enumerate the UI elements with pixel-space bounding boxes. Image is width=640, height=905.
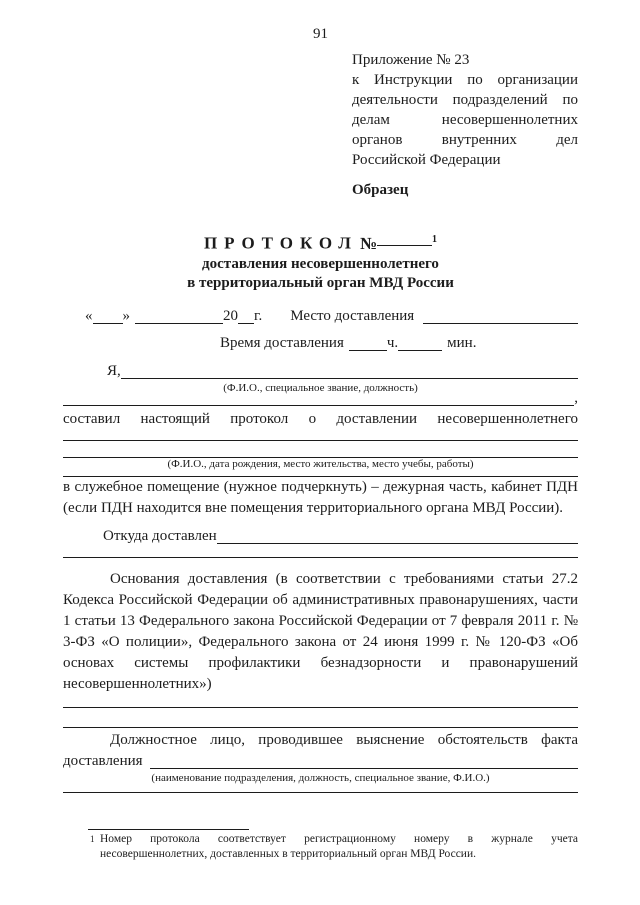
open-quote: «: [85, 306, 93, 327]
fill-line: [63, 430, 578, 441]
fill-line: [63, 708, 578, 728]
footnote: 1 Номер протокола соответствует регистра…: [63, 829, 578, 862]
author-row: Я,: [63, 361, 578, 382]
hours-suffix: ч.: [387, 333, 398, 354]
appendix-block: Приложение № 23 к Инструкции по организа…: [352, 50, 578, 201]
footnote-marker: 1: [90, 832, 100, 862]
author-blank: [121, 368, 578, 379]
number-sign: №: [360, 234, 377, 253]
official-line: Должностное лицо, проводившее выяснение …: [63, 730, 578, 751]
official-row: доставления: [63, 751, 578, 772]
grounds-paragraph: Основания доставления (в соответствии с …: [63, 569, 578, 695]
protocol-number-blank: [377, 230, 432, 246]
year-prefix: 20: [223, 306, 238, 327]
page-number: 91: [63, 24, 578, 45]
continuation-line: ,: [63, 395, 578, 409]
protocol-title: ПРОТОКОЛ№1 доставления несовершеннолетне…: [63, 228, 578, 293]
footnote-text: Номер протокола соответствует регистраци…: [100, 832, 578, 862]
official-prefix: доставления: [63, 751, 143, 772]
official-caption: (наименование подразделения, должность, …: [63, 772, 578, 785]
premises-paragraph: в служебное помещение (нужное подчеркнут…: [63, 477, 578, 519]
composed-line: составил настоящий протокол о доставлени…: [63, 409, 578, 430]
minor-caption: (Ф.И.О., дата рождения, место жительства…: [63, 458, 578, 471]
fill-line: [63, 441, 578, 458]
document-page: 91 Приложение № 23 к Инструкции по орган…: [0, 0, 640, 905]
footnote-rule: [88, 829, 249, 830]
year-blank: [238, 308, 254, 324]
place-blank: [423, 313, 578, 324]
author-prefix: Я,: [107, 361, 121, 382]
appendix-line: делам несовершеннолетних: [352, 110, 578, 130]
month-blank: [135, 308, 223, 324]
minutes-blank: [398, 335, 442, 351]
time-row: Время доставленияч.мин.: [63, 333, 578, 354]
subtitle-line-1: доставления несовершеннолетнего: [63, 255, 578, 274]
day-blank: [93, 308, 123, 324]
from-label: Откуда доставлен: [103, 526, 217, 547]
appendix-line: Российской Федерации: [352, 150, 578, 170]
official-blank: [150, 758, 578, 769]
close-quote: »: [123, 306, 131, 327]
from-blank: [217, 533, 578, 544]
sample-label: Образец: [352, 180, 578, 201]
appendix-line: деятельности подразделений по: [352, 90, 578, 110]
time-label: Время доставления: [220, 333, 344, 354]
footnote-ref: 1: [432, 234, 437, 245]
year-suffix: г.: [254, 306, 262, 327]
continuation-blank: [63, 395, 574, 406]
place-label: Место доставления: [290, 306, 414, 327]
continuation-comma: ,: [574, 388, 578, 409]
date-place-row: «»20г. Место доставления: [63, 306, 578, 327]
from-row: Откуда доставлен: [63, 526, 578, 547]
protocol-title-line: ПРОТОКОЛ№1: [63, 228, 578, 255]
appendix-line: к Инструкции по организации: [352, 70, 578, 90]
footnote-body: 1 Номер протокола соответствует регистра…: [90, 832, 578, 862]
minutes-suffix: мин.: [447, 333, 476, 354]
appendix-line: органов внутренних дел: [352, 130, 578, 150]
hours-blank: [349, 335, 387, 351]
author-caption: (Ф.И.О., специальное звание, должность): [63, 382, 578, 395]
protocol-word: ПРОТОКОЛ: [204, 234, 358, 253]
fill-line: [63, 547, 578, 558]
appendix-line: Приложение № 23: [352, 50, 578, 70]
fill-line: [63, 695, 578, 708]
fill-line: [63, 785, 578, 793]
subtitle-line-2: в территориальный орган МВД России: [63, 274, 578, 293]
